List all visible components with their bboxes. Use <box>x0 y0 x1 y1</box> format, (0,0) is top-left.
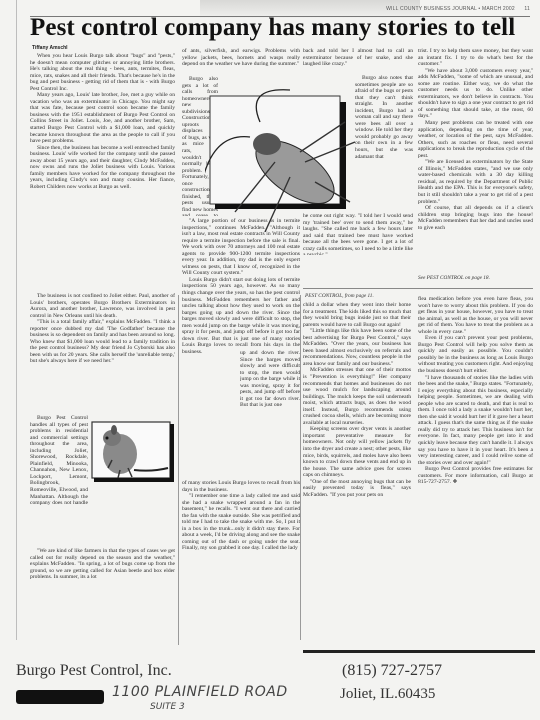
handwritten-address: 1100 PLAINFIELD ROAD <box>112 684 288 700</box>
column-1-continued: The business is not confined to Joliet e… <box>30 293 175 415</box>
column-3-bottom: he come out right way. "I told her I wou… <box>303 213 413 255</box>
paragraph: "I remember one time a lady called me an… <box>182 493 300 552</box>
continuation-column-1: child a dollar when they went into their… <box>303 302 411 640</box>
column-1-narrow: Burgo Pest Control handles all types of … <box>30 415 88 507</box>
paragraph: flea medication before you even have fle… <box>418 296 533 335</box>
column-2-bottom: of many stories Louis Burgo loves to rec… <box>182 480 300 640</box>
paragraph: Burgo also notes that sometimes people a… <box>355 75 413 160</box>
handwritten-suite: SUITE 3 <box>150 702 185 712</box>
paragraph: Burgo Pest Control provides free estimat… <box>418 466 533 486</box>
column-1-bottom: "We are kind of like farmers in that the… <box>30 548 175 642</box>
column-2-narrow: up and down the river. Since the barges … <box>240 350 300 480</box>
redacted-address <box>16 690 104 704</box>
paragraph: Burgo Pest Control handles all types of … <box>30 415 88 507</box>
paragraph: McFadden stresses that one of their mott… <box>303 367 411 426</box>
paragraph: Since then, the business has become a we… <box>30 145 175 191</box>
paragraph: Many years ago, Louis' late brother, Joe… <box>30 92 175 144</box>
column-rule <box>178 295 179 645</box>
page-number: 11 <box>524 6 530 12</box>
column-3-top: back and told her I almost had to call a… <box>303 48 413 75</box>
paragraph: trist. I try to help them save money, bu… <box>418 48 533 68</box>
paragraph: "We have about 3,000 customers every yea… <box>418 68 533 120</box>
paragraph: Even if you can't prevent your pest prob… <box>418 335 533 374</box>
cockroach-illustration <box>205 82 355 232</box>
continued-from-label: PEST CONTROL, from page 11. <box>305 293 374 299</box>
phone-number: (815) 727-2757 <box>342 662 442 680</box>
paragraph: "We are kind of like farmers in that the… <box>30 548 175 581</box>
newspaper-clipping: WILL COUNTY BUSINESS JOURNAL • MARCH 200… <box>0 0 540 720</box>
column-2-top: of ants, silverfish, and earwigs. Proble… <box>182 48 300 75</box>
paragraph: child a dollar when they went into their… <box>303 302 411 328</box>
headline: Pest control company has many stories to… <box>30 14 530 42</box>
paragraph: he come out right way. "I told her I wou… <box>303 213 413 255</box>
column-rule <box>300 295 301 640</box>
paragraph: Louis Burgo didn't start out doing lots … <box>182 277 300 353</box>
paragraph: "One of the most annoying bugs that can … <box>303 479 411 499</box>
paragraph: back and told her I almost had to call a… <box>303 48 413 68</box>
paragraph: up and down the river. Since the barges … <box>240 350 300 409</box>
paragraph: of ants, silverfish, and earwigs. Proble… <box>182 48 300 68</box>
paragraph: When you hear Louis Burgo talk about "bu… <box>30 53 175 92</box>
paragraph: Many pest problems can be treated with o… <box>418 120 533 159</box>
section-divider <box>303 288 533 289</box>
paragraph: of many stories Louis Burgo loves to rec… <box>182 480 300 493</box>
column-3-side: Burgo also notes that sometimes people a… <box>355 75 413 211</box>
mouse-illustration <box>90 420 175 488</box>
city-state-zip: Joliet, IL.60435 <box>340 686 435 703</box>
paragraph: Keeping screens over dryer vents is anot… <box>303 426 411 478</box>
paragraph: Of course, that all depends on if a clie… <box>418 205 533 231</box>
column-1: When you hear Louis Burgo talk about "bu… <box>30 53 175 293</box>
paragraph: "This is a total family affair," explain… <box>30 319 175 365</box>
paragraph: The business is not confined to Joliet e… <box>30 293 175 319</box>
continued-to-link: See PEST CONTROL on page 18. <box>418 275 490 281</box>
paragraph: "I have thousands of stories like the la… <box>418 375 533 467</box>
paragraph: "Little things like this have been some … <box>303 328 411 367</box>
publication-name: WILL COUNTY BUSINESS JOURNAL • MARCH 200… <box>386 6 515 12</box>
left-margin-rule <box>16 0 17 640</box>
paragraph: "We are licensed as exterminators by the… <box>418 159 533 205</box>
article-end-rule <box>303 650 535 653</box>
continuation-column-2: flea medication before you even have fle… <box>418 296 533 616</box>
column-2-middle: "A large portion of our business is in t… <box>182 218 300 353</box>
byline: Tiffany Amschl <box>32 45 68 51</box>
company-name: Burgo Pest Control, Inc. <box>16 662 172 680</box>
column-4: trist. I try to help them save money, bu… <box>418 48 533 280</box>
